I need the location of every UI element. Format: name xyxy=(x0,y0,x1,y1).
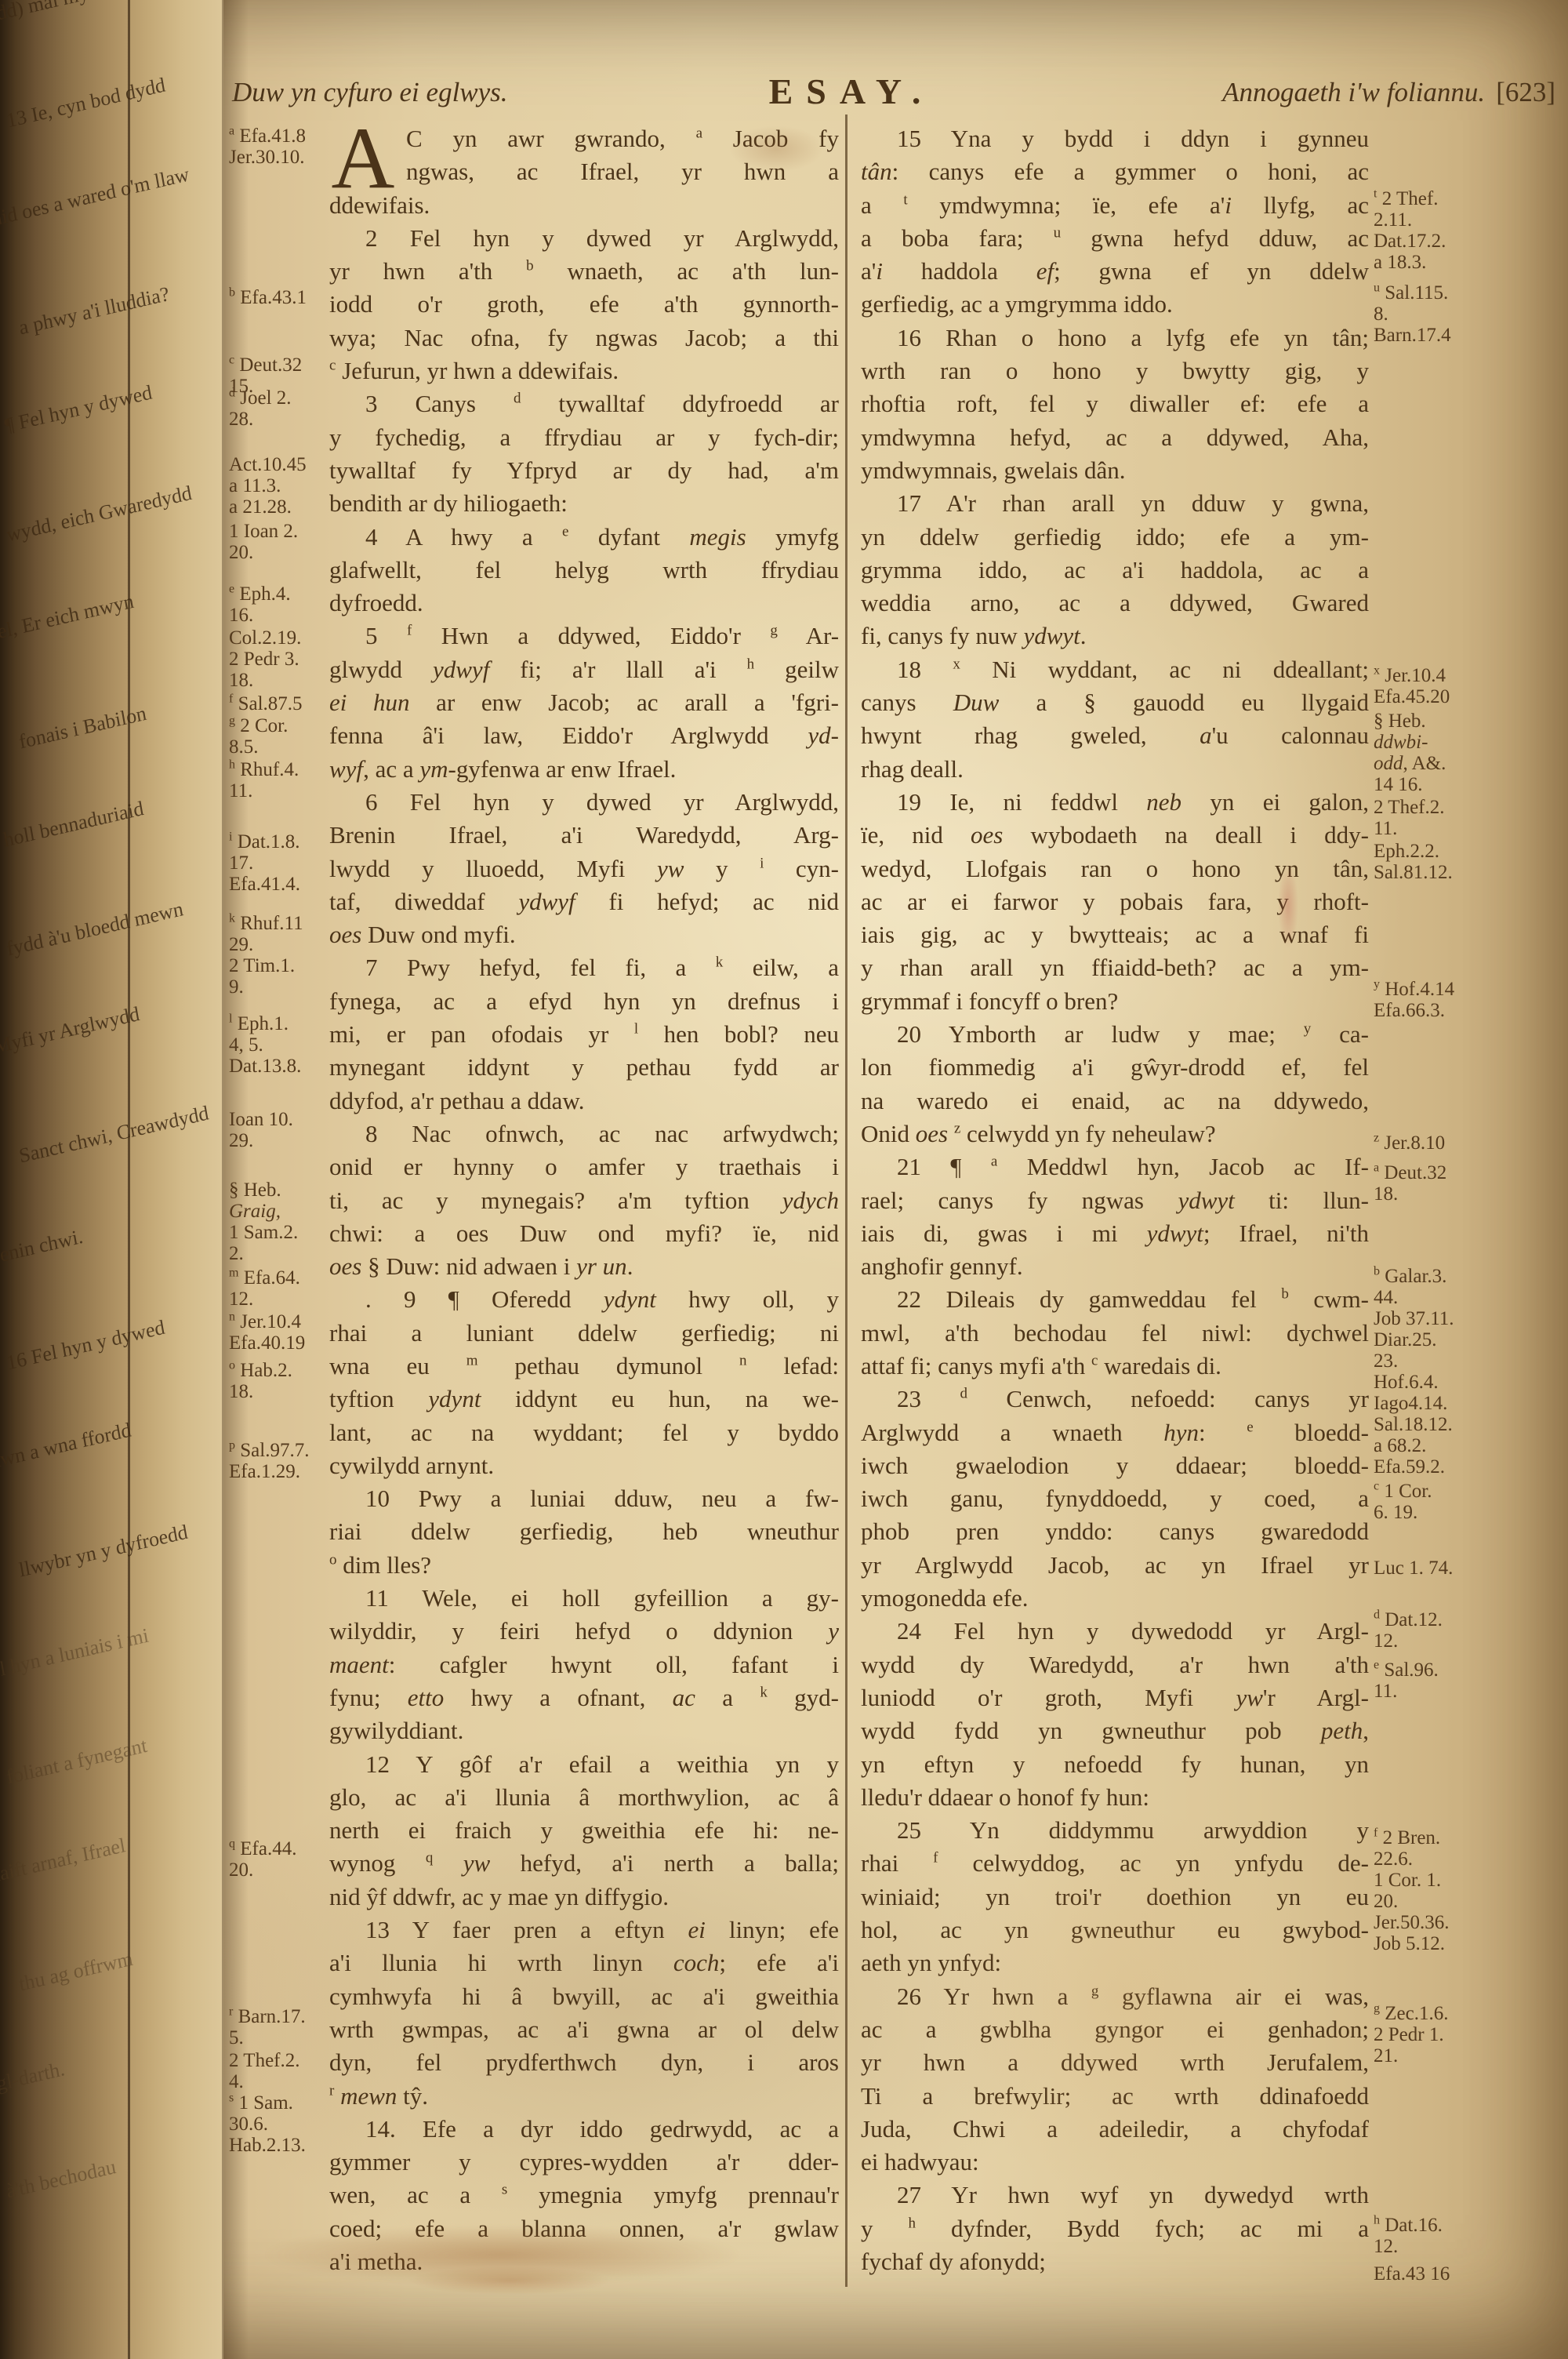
verse-line: cymhwyfa hi â bwyill, ac a'i gweithia xyxy=(329,1980,839,2013)
verse-line: fynu; etto hwy a ofnant, ac a k gyd- xyxy=(329,1681,839,1714)
verse-line: 10 Pwy a luniai dduw, neu a fw- xyxy=(329,1482,839,1515)
verse-line: a t ymdwymna; ïe, efe a'i llyfg, ac xyxy=(861,189,1369,222)
verse-line: 24 Fel hyn y dywedodd yr Argl- xyxy=(861,1615,1369,1648)
verse-line: iwch ganu, fynyddoedd, y coed, a xyxy=(861,1482,1369,1515)
verse-line: 5 f Hwn a ddywed, Eiddo'r g Ar- xyxy=(329,620,839,652)
verse-line: ei hun ar enw Jacob; ac arall a 'fgri- xyxy=(329,686,839,719)
margin-note: g Zec.1.6.2 Pedr 1.21. xyxy=(1374,2003,1448,2066)
margin-note: y Hof.4.14Efa.66.3. xyxy=(1374,979,1454,1021)
verse-line: 11 Wele, ei holl gyfeillion a gy- xyxy=(329,1582,839,1615)
verse-line: 6 Fel hyn y dywed yr Arglwydd, xyxy=(329,786,839,819)
margin-note: 2 Thef.2.4. xyxy=(229,2050,300,2092)
verse-line: rhag deall. xyxy=(861,753,1369,786)
verse-line: ac a gwblha gyngor ei genhadon; xyxy=(861,2013,1369,2046)
verse: AC yn awr gwrando, a Jacob fyngwas, ac I… xyxy=(329,122,839,222)
verse-line: y h dyfnder, Bydd fych; ac mi a xyxy=(861,2212,1369,2245)
verse-line: luniodd o'r groth, Myfi yw'r Argl- xyxy=(861,1681,1369,1714)
margin-note: Act.10.45a 11.3.a 21.28. xyxy=(229,454,307,518)
verse-line: winiaid; yn troi'r doethion yn eu xyxy=(861,1881,1369,1914)
verse-line: phob pren ynddo: canys gwaredodd xyxy=(861,1515,1369,1548)
scanned-bible-page: (ydd) mai myfi fydd Dduw13 Ie, cyn bod d… xyxy=(0,0,1568,2359)
margin-note: d Dat.12.12. xyxy=(1374,1609,1443,1652)
verse-line: oes Duw ond myfi. xyxy=(329,918,839,951)
verse-line: 25 Yn diddymmu arwyddion y xyxy=(861,1814,1369,1847)
verse-line: a'i haddola ef; gwna ef yn ddelw xyxy=(861,255,1369,288)
margin-note: x Jer.10.4Efa.45.20 xyxy=(1374,665,1450,707)
facing-page-text-fragment: ac nid oes a wared o'm llaw xyxy=(0,162,191,236)
margin-note: f 2 Bren.22.6.1 Cor. 1.20.Jer.50.36.Job … xyxy=(1374,1827,1450,1954)
right-text-column: 15 Yna y bydd i ddyn i gynneutân: canys … xyxy=(861,122,1369,2278)
verse: 12 Y gôf a'r efail a weithia yn yglo, ac… xyxy=(329,1748,839,1914)
margin-note: 2 Thef.2.11. xyxy=(1374,797,1445,839)
verse-line: C yn awr gwrando, a Jacob fy xyxy=(329,122,839,155)
verse-line: bendith ar dy hiliogaeth: xyxy=(329,487,839,520)
verse: 5 f Hwn a ddywed, Eiddo'r g Ar-glwydd yd… xyxy=(329,620,839,785)
verse-line: 20 Ymborth ar ludw y mae; y ca- xyxy=(861,1018,1369,1051)
verse-line: hol, ac yn gwneuthur eu gwybod- xyxy=(861,1914,1369,1946)
verse-line: 12 Y gôf a'r efail a weithia yn y xyxy=(329,1748,839,1781)
facing-page-text-fragment: llwybr yn y dyfroedd xyxy=(17,1520,190,1582)
verse-line: mwl, a'th bechodau fel niwl: dychwel xyxy=(861,1317,1369,1350)
facing-page-text-fragment: Sanct chwi, Creawdydd xyxy=(17,1101,211,1168)
facing-page-column-rule xyxy=(128,0,130,2359)
verse-line: 23 d Cenwch, nefoedd: canys yr xyxy=(861,1383,1369,1416)
verse-line: 19 Ie, ni feddwl neb yn ei galon, xyxy=(861,786,1369,819)
verse-line: glo, ac a'i llunia â morthwylion, ac â xyxy=(329,1781,839,1814)
verse-line: canys Duw a § gauodd eu llygaid xyxy=(861,686,1369,719)
verse: 17 A'r rhan arall yn dduw y gwna,yn ddel… xyxy=(861,487,1369,652)
verse-line: y rhan arall yn ffiaidd-beth? ac a ym- xyxy=(861,951,1369,984)
verse-line: wrth ran o hono y bwytty gig, y xyxy=(861,354,1369,387)
margin-note: Eph.2.2.Sal.81.12. xyxy=(1374,841,1453,883)
verse: 2 Fel hyn y dywed yr Arglwydd,yr hwn a't… xyxy=(329,222,839,387)
verse: 24 Fel hyn y dywedodd yr Argl-wydd dy Wa… xyxy=(861,1615,1369,1814)
verse-line: yn ddelw gerfiedig iddo; efe a ym- xyxy=(861,521,1369,554)
facing-page-text-fragment: wydd, eich Gwaredydd xyxy=(5,482,194,547)
verse-line: wna eu m pethau dymunol n lefad: xyxy=(329,1350,839,1383)
verse: . 9 ¶ Oferedd ydynt hwy oll, yrhai a lun… xyxy=(329,1283,839,1482)
book-title: ESAY. xyxy=(769,71,935,112)
margin-note: f Sal.87.5 xyxy=(229,693,303,714)
verse-line: dyn, fel prydferthwch dyn, i aros xyxy=(329,2046,839,2079)
facing-page-text-fragment: à'th bechodau xyxy=(5,2155,118,2204)
verse-line: 17 A'r rhan arall yn dduw y gwna, xyxy=(861,487,1369,520)
verse: 8 Nac ofnwch, ac nac arfwydwch;onid er h… xyxy=(329,1118,839,1283)
facing-page-text-fragment: 14 ¶ Fel hyn y dywed xyxy=(0,380,154,443)
verse-line: taf, diweddaf ydwyf fi hefyd; ac nid xyxy=(329,885,839,918)
verse-line: grymma iddo, ac a'i haddola, ac a xyxy=(861,554,1369,587)
facing-page-text-fragment: eu holl bennaduriaid xyxy=(0,797,145,858)
verse-line: yr hwn a ddywed wrth Jerufalem, xyxy=(861,2046,1369,2079)
verse-line: yr hwn a'th b wnaeth, ac a'th lun- xyxy=(329,255,839,288)
margin-note: r Barn.17.5. xyxy=(229,2006,306,2048)
facing-page-text-fragment: Ifrael, Er eich mwyn xyxy=(0,590,136,651)
margin-note: u Sal.115.8.Barn.17.4 xyxy=(1374,282,1451,346)
margin-note: a Deut.3218. xyxy=(1374,1162,1446,1205)
verse-line: o dim lles? xyxy=(329,1549,839,1582)
facing-page-text-fragment: (ydd) mai myfi fydd Dduw xyxy=(0,0,198,30)
verse-line: glwydd ydwyf fi; a'r llall a'i h geilw xyxy=(329,653,839,686)
verse: 15 Yna y bydd i ddyn i gynneutân: canys … xyxy=(861,122,1369,322)
verse-line: gerfiedig, ac a ymgrymma iddo. xyxy=(861,288,1369,321)
verse-line: anghofir gennyf. xyxy=(861,1250,1369,1283)
verse-line: ddewifais. xyxy=(329,189,839,222)
verse-line: 14. Efe a dyr iddo gedrwydd, ac a xyxy=(329,2113,839,2146)
verse-line: 21 ¶ a Meddwl hyn, Jacob ac If- xyxy=(861,1150,1369,1183)
verse-line: mynegant iddynt y pethau fydd ar xyxy=(329,1051,839,1084)
margin-note: g 2 Cor.8.5. xyxy=(229,715,288,758)
verse-line: 16 Rhan o hono a lyfg efe yn tân; xyxy=(861,322,1369,354)
verse-line: attaf fi; canys myfi a'th c waredais di. xyxy=(861,1350,1369,1383)
verse-line: c Jefurun, yr hwn a ddewifais. xyxy=(329,354,839,387)
verse: 6 Fel hyn y dywed yr Arglwydd,Brenin Ifr… xyxy=(329,786,839,951)
margin-note: i Dat.1.8.17.Efa.41.4. xyxy=(229,831,300,895)
verse-line: rhai a luniant ddelw gerfiedig; ni xyxy=(329,1317,839,1350)
margin-note: Efa.43 16 xyxy=(1374,2263,1450,2284)
verse-line: Juda, Chwi a adeiledir, a chyfodaf xyxy=(861,2113,1369,2146)
verse-line: 18 x Ni wyddant, ac ni ddeallant; xyxy=(861,653,1369,686)
margin-note: h Dat.16.12. xyxy=(1374,2215,1443,2257)
verse-line: nid ŷf ddwfr, ac y mae yn diffygio. xyxy=(329,1881,839,1914)
verse: 13 Y faer pren a eftyn ei linyn; efea'i … xyxy=(329,1914,839,2113)
verse-line: 26 Yr hwn a g gyflawna air ei was, xyxy=(861,1980,1369,2013)
facing-page-text-fragment: a phwy a'i lluddia? xyxy=(17,282,171,340)
verse: 21 ¶ a Meddwl hyn, Jacob ac If-rael; can… xyxy=(861,1150,1369,1283)
verse: 7 Pwy hefyd, fel fi, a k eilw, afynega, … xyxy=(329,951,839,1117)
verse-line: 7 Pwy hefyd, fel fi, a k eilw, a xyxy=(329,951,839,984)
verse-line: ïe, nid oes wybodaeth na deall i ddy- xyxy=(861,819,1369,852)
margin-note: l Eph.1.4, 5.Dat.13.8. xyxy=(229,1013,301,1077)
verse: 10 Pwy a luniai dduw, neu a fw-riai ddel… xyxy=(329,1482,839,1582)
verse: 11 Wele, ei holl gyfeillion a gy-wilyddi… xyxy=(329,1582,839,1747)
verse: 16 Rhan o hono a lyfg efe yn tân;wrth ra… xyxy=(861,322,1369,487)
verse-line: ti, ac y mynegais? a'm tyftion ydych xyxy=(329,1184,839,1217)
facing-page-text-fragment: 13 Ie, cyn bod dydd xyxy=(5,73,167,133)
verse-line: wrth gwmpas, ac a'i gwna ar ol delw xyxy=(329,2013,839,2046)
left-text-column: AC yn awr gwrando, a Jacob fyngwas, ac I… xyxy=(329,122,839,2278)
verse-line: 13 Y faer pren a eftyn ei linyn; efe xyxy=(329,1914,839,1946)
facing-page-text-fragment: rogl-darth. xyxy=(0,2057,67,2099)
verse-line: ymdwymna hefyd, ac a ddywed, Aha, xyxy=(861,421,1369,454)
verse-line: fychaf dy afonydd; xyxy=(861,2245,1369,2278)
verse-line: 27 Yr hwn wyf yn dywedyd wrth xyxy=(861,2179,1369,2212)
margin-note: § Heb.Graig,1 Sam.2.2. xyxy=(229,1179,298,1264)
verse-line: rael; canys fy ngwas ydwyt ti: llun- xyxy=(861,1184,1369,1217)
verse-line: ymdwymnais, gwelais dân. xyxy=(861,454,1369,487)
margin-note: d Joel 2.28. xyxy=(229,387,292,430)
verse-line: iais di, gwas i mi ydwyt; Ifrael, ni'th xyxy=(861,1217,1369,1250)
verse: 4 A hwy a e dyfant megis ymyfgglafwellt,… xyxy=(329,521,839,620)
verse-line: a'i metha. xyxy=(329,2245,839,2278)
margin-note: t 2 Thef.2.11.Dat.17.2.a 18.3. xyxy=(1374,188,1446,273)
margin-note: c 1 Cor.6. 19. xyxy=(1374,1481,1432,1523)
margin-note: z Jer.8.10 xyxy=(1374,1132,1445,1154)
verse-line: fynega, ac a efyd hyn yn drefnus i xyxy=(329,985,839,1018)
verse: 23 d Cenwch, nefoedd: canys yrArglwydd a… xyxy=(861,1383,1369,1615)
facing-page-text-fragment: blinaift arnaf, Ifrael xyxy=(0,1834,127,1893)
verse-line: 8 Nac ofnwch, ac nac arfwydwch; xyxy=(329,1118,839,1150)
verse-line: wydd fydd yn gwneuthur pob peth, xyxy=(861,1714,1369,1747)
facing-page-text-fragment: fydd à'u bloedd mewn xyxy=(5,897,185,961)
verse-line: gywilyddiant. xyxy=(329,1714,839,1747)
verse-line: lledu'r ddaear o honof fy hun: xyxy=(861,1781,1369,1814)
margin-note: 1 Ioan 2.20. xyxy=(229,521,298,563)
book-gutter-facing-page: (ydd) mai myfi fydd Dduw13 Ie, cyn bod d… xyxy=(0,0,223,2359)
margin-note: b Efa.43.1 xyxy=(229,287,307,308)
verse-line: chwi: a oes Duw ond myfi? ïe, nid xyxy=(329,1217,839,1250)
verse-line: lant, ac na wyddant; fel y byddo xyxy=(329,1416,839,1449)
verse: 25 Yn diddymmu arwyddion yrhai f celwydd… xyxy=(861,1814,1369,1979)
verse-line: 2 Fel hyn y dywed yr Arglwydd, xyxy=(329,222,839,255)
margin-note: Col.2.19.2 Pedr 3.18. xyxy=(229,627,301,691)
verse-line: tywalltaf fy Yfpryd ar dy had, a'm xyxy=(329,454,839,487)
verse-line: fenna â'i law, Eiddo'r Arglwydd yd- xyxy=(329,719,839,752)
verse-line: rhai f celwyddog, ac yn ynfydu de- xyxy=(861,1847,1369,1880)
right-margin-references: t 2 Thef.2.11.Dat.17.2.a 18.3.u Sal.115.… xyxy=(1374,0,1565,2359)
verse: 19 Ie, ni feddwl neb yn ei galon,ïe, nid… xyxy=(861,786,1369,1018)
verse: 22 Dileais dy gamweddau fel b cwm-mwl, a… xyxy=(861,1283,1369,1383)
margin-note: § Heb.ddwbi-odd, A&.14 16. xyxy=(1374,711,1446,795)
verse: 18 x Ni wyddant, ac ni ddeallant;canys D… xyxy=(861,653,1369,786)
verse-line: wyf, ac a ym-gyfenwa ar enw Ifrael. xyxy=(329,753,839,786)
margin-note: Ioan 10.29. xyxy=(229,1109,293,1151)
verse: 20 Ymborth ar ludw y mae; y ca-lon fiomm… xyxy=(861,1018,1369,1150)
margin-note: h Rhuf.4.11. xyxy=(229,759,299,801)
verse-line: fi, canys fy nuw ydwyt. xyxy=(861,620,1369,652)
margin-note: q Efa.44.20. xyxy=(229,1838,296,1881)
verse-line: rhoftia roft, fel y diwaller ef: efe a xyxy=(861,387,1369,420)
facing-page-text-fragment: thu ag offrwm xyxy=(17,1947,135,1997)
verse-line: tân: canys efe a gymmer o honi, ac xyxy=(861,155,1369,188)
verse: 3 Canys d tywalltaf ddyfroedd ary fyched… xyxy=(329,387,839,520)
column-divider-rule xyxy=(845,114,848,2287)
verse-line: tyftion ydynt iddynt eu hun, na we- xyxy=(329,1383,839,1416)
verse-line: ymogonedda efe. xyxy=(861,1582,1369,1615)
verse-line: 3 Canys d tywalltaf ddyfroedd ar xyxy=(329,387,839,420)
verse-line: a'i llunia hi wrth linyn coch; efe a'i xyxy=(329,1946,839,1979)
margin-note: a Efa.41.8Jer.30.10. xyxy=(229,125,306,168)
verse-line: onid er hynny o amfer y traethais i xyxy=(329,1150,839,1183)
verse-line: a boba fara; u gwna hefyd dduw, ac xyxy=(861,222,1369,255)
verse-line: maent: cafgler hwynt oll, fafant i xyxy=(329,1648,839,1681)
verse-line: wya; Nac ofna, fy ngwas Jacob; a thi xyxy=(329,322,839,354)
verse-line: riai ddelw gerfiedig, heb wneuthur xyxy=(329,1515,839,1548)
verse-line: gymmer y cypres-wydden a'r dder- xyxy=(329,2146,839,2179)
margin-note: Luc 1. 74. xyxy=(1374,1558,1453,1579)
verse-line: grymmaf i foncyff o bren? xyxy=(861,985,1369,1018)
verse-line: dyfroedd. xyxy=(329,587,839,620)
verse-line: 22 Dileais dy gamweddau fel b cwm- xyxy=(861,1283,1369,1316)
verse-line: Arglwydd a wnaeth hyn: e bloedd- xyxy=(861,1416,1369,1449)
verse-line: ei hadwyau: xyxy=(861,2146,1369,2179)
margin-note: s 1 Sam.30.6.Hab.2.13. xyxy=(229,2092,306,2156)
verse-line: ddyfod, a'r pethau a ddaw. xyxy=(329,1085,839,1118)
verse-line: wydd dy Waredydd, a'r hwn a'th xyxy=(861,1648,1369,1681)
facing-page-text-fragment: 15 Myfi yr Arglwydd xyxy=(0,1002,141,1065)
facing-page-text-fragment: 16 Fel hyn y dywed xyxy=(5,1316,166,1376)
verse-line: lwydd y lluoedd, Myfi yw y i cyn- xyxy=(329,852,839,885)
verse-line: iodd o'r groth, efe a'th gynnorth- xyxy=(329,288,839,321)
margin-note: p Sal.97.7.Efa.1.29. xyxy=(229,1440,309,1482)
margin-note: e Eph.4.16. xyxy=(229,583,291,626)
verse-line: nerth ei fraich y gweithia efe hi: ne- xyxy=(329,1814,839,1847)
drop-cap: A xyxy=(329,125,397,188)
verse-line: Brenin Ifrael, a'i Waredydd, Arg- xyxy=(329,819,839,852)
verse-line: aeth yn ynfyd: xyxy=(861,1946,1369,1979)
verse-line: mi, er pan ofodais yr l hen bobl? neu xyxy=(329,1018,839,1051)
verse-line: Onid oes z celwydd yn fy neheulaw? xyxy=(861,1118,1369,1150)
verse-line: cywilydd arnynt. xyxy=(329,1449,839,1482)
verse-line: . 9 ¶ Oferedd ydynt hwy oll, y xyxy=(329,1283,839,1316)
verse: 27 Yr hwn wyf yn dywedyd wrthy h dyfnder… xyxy=(861,2179,1369,2278)
verse: 26 Yr hwn a g gyflawna air ei was,ac a g… xyxy=(861,1980,1369,2179)
verse-line: Ti a brefwylir; ac wrth ddinafoedd xyxy=(861,2080,1369,2113)
verse-line: wilyddir, y feiri hefyd o ddynion y xyxy=(329,1615,839,1648)
verse-line: weddia arno, ac a ddywed, Gwared xyxy=(861,587,1369,620)
margin-note: e Sal.96.11. xyxy=(1374,1659,1439,1702)
verse-line: yn eftyn y nefoedd fy hunan, yn xyxy=(861,1748,1369,1781)
verse-line: wedyd, Llofgais ran o hono yn tân, xyxy=(861,852,1369,885)
verse-line: y fychedig, a ffrydiau ar y fych-dir; xyxy=(329,421,839,454)
verse-line: ac ar ei farwor y pobais fara, y rhoft- xyxy=(861,885,1369,918)
verse-line: glafwellt, fel helyg wrth ffrydiau xyxy=(329,554,839,587)
verse-line: oes § Duw: nid adwaen i yr un. xyxy=(329,1250,839,1283)
margin-note: b Galar.3.44.Job 37.11.Diar.25.23.Hof.6.… xyxy=(1374,1266,1454,1478)
margin-note: k Rhuf.1129.2 Tim.1.9. xyxy=(229,913,303,998)
facing-page-text-fragment: Brenin chwi. xyxy=(0,1225,85,1272)
facing-page-text-fragment: yr hwn a wna ffordd xyxy=(0,1418,133,1478)
verse-line: lon fiommedig a'i gŵyr-drodd ef, fel xyxy=(861,1051,1369,1084)
verse-line: r mewn tŷ. xyxy=(329,2080,839,2113)
verse-line: iwch gwaelodion y ddaear; bloedd- xyxy=(861,1449,1369,1482)
verse-line: na waredo ei enaid, ac na ddywedo, xyxy=(861,1085,1369,1118)
verse-line: iais gig, ac y bwytteais; ac a wnaf fi xyxy=(861,918,1369,951)
verse-line: 15 Yna y bydd i ddyn i gynneu xyxy=(861,122,1369,155)
verse-line: wynog q yw hefyd, a'i nerth a balla; xyxy=(329,1847,839,1880)
margin-note: o Hab.2.18. xyxy=(229,1360,292,1402)
verse-line: ngwas, ac Ifrael, yr hwn a xyxy=(329,155,839,188)
margin-note: n Jer.10.4Efa.40.19 xyxy=(229,1311,305,1354)
verse-line: coed; efe a blanna onnen, a'r gwlaw xyxy=(329,2212,839,2245)
verse-line: wen, ac a s ymegnia ymyfg prennau'r xyxy=(329,2179,839,2212)
verse-line: hwynt rhag gweled, a'u calonnau xyxy=(861,719,1369,752)
verse-line: 4 A hwy a e dyfant megis ymyfg xyxy=(329,521,839,554)
verse-line: yr Arglwydd Jacob, ac yn Ifrael yr xyxy=(861,1549,1369,1582)
margin-note: m Efa.64.12. xyxy=(229,1267,300,1310)
verse: 14. Efe a dyr iddo gedrwydd, ac agymmer … xyxy=(329,2113,839,2278)
